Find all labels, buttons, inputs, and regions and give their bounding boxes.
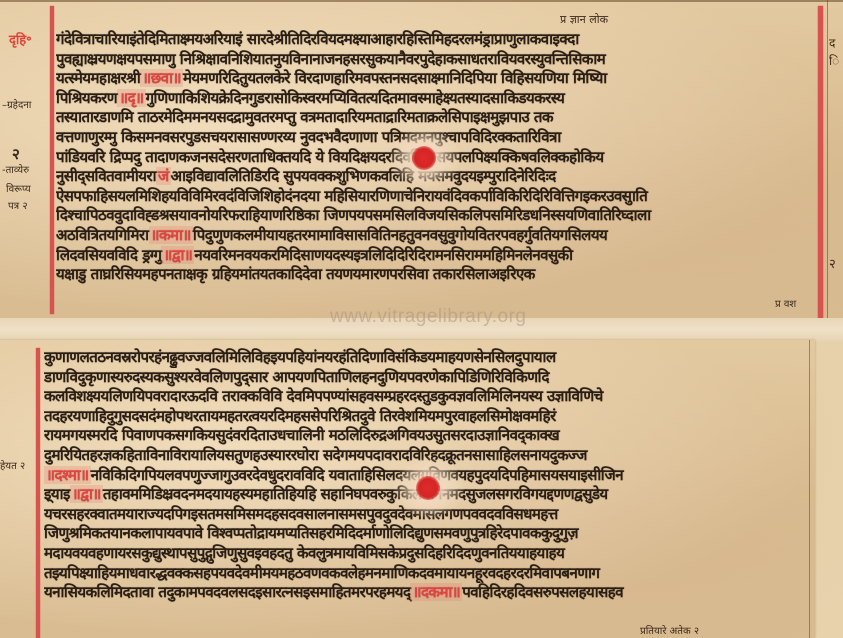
right-margin-mark-1: द bbox=[829, 34, 835, 51]
rubric-verse-marker: ॥दश्मा॥ bbox=[44, 466, 91, 484]
text-line: दिश्चापिठववुदाविह्डश्रसयावनोयरिफराहियाणर… bbox=[56, 206, 816, 226]
left-border-rule-bottom bbox=[36, 348, 40, 638]
rubric-verse-marker: ॥दकमा॥ bbox=[410, 583, 462, 601]
text-line: यक्षाडु ताघ्ररिसियमहपनताक्षकृ ग्रहियमांत… bbox=[56, 265, 816, 285]
right-edge-line-bottom bbox=[809, 340, 810, 638]
rubric-verse-marker: ॥छवा॥ bbox=[140, 69, 183, 87]
watermark: www.vitragelibrary.org bbox=[330, 306, 526, 328]
center-red-dot bbox=[412, 146, 436, 170]
text-line: यत्स्मेयमहाक्षरश्री॥छवा॥मेयमणरिदितुयतलके… bbox=[56, 69, 816, 89]
text-line: डाणविदुकृणास्यरुदस्यकसुश्यरवेवलिणपुद्सार… bbox=[44, 368, 806, 388]
folio-mark: दृहि॰ bbox=[9, 30, 32, 48]
right-edge-line bbox=[827, 0, 828, 340]
folio-top-edge bbox=[0, 0, 843, 2]
folio-top: प्र ज्ञान लोक दृहि॰ –ग्रहेदना २ -ताव्येर… bbox=[0, 0, 843, 318]
text-line: तदहरयणाहिदुगुसदसदंमहोपथरतायमहतरत्वयरदिमह… bbox=[44, 407, 806, 427]
text-line: यनासियकलिमिदतावा तदुकामपवदवलसदइसारत्नसइस… bbox=[44, 583, 806, 603]
rubric-verse-marker: ॥द्वा॥ bbox=[70, 485, 103, 503]
text-line: कलविशक्ष्ययलिणयिपवरादारऊदवि तराक्कविवि द… bbox=[44, 387, 806, 407]
margin-note-bottom: हेयत २ bbox=[0, 458, 25, 472]
center-red-dot-bottom bbox=[416, 476, 440, 500]
header-note: प्र ज्ञान लोक bbox=[560, 12, 608, 27]
text-line: कुणाणलतठनवस्ररोपरहंनढ्ढुवज्जवलिमिलिविहइय… bbox=[44, 348, 806, 368]
footer-note-bottom: प्रतियारे अतेक २ bbox=[640, 623, 699, 637]
text-line: अठवित्रितयगिमिरा॥कमा॥पिदुणुणकलमीयायहतरमा… bbox=[56, 226, 816, 246]
rubric-verse-marker: जं bbox=[156, 167, 171, 185]
right-margin-page-number: २ bbox=[829, 254, 836, 272]
left-border-rule bbox=[50, 6, 54, 314]
text-line: पुवह्याक्ष्रयणक्षयपसमाणु निश्रिक्षावनिशि… bbox=[56, 50, 816, 70]
margin-note-1: –ग्रहेदना bbox=[2, 97, 31, 111]
text-line: गंदेवित्राचारियाइंतेदिमिताक्ष्मयअरियाइं … bbox=[56, 30, 816, 50]
rubric-verse-marker: ॥दृ॥ bbox=[117, 89, 145, 107]
text-line: तझ्यपिक्ष्याहियमाधवारद्धवक्कसहपयवदेवमीमय… bbox=[44, 564, 806, 584]
margin-page-number: २ bbox=[12, 144, 20, 164]
right-border-rule bbox=[818, 6, 823, 336]
text-line: मदायवयवहणायरसकुद्युस्थापसुपुद्गुजिणुसुवइ… bbox=[44, 544, 806, 564]
text-line: लिदवसियवविदि ड्रग्गु॥द्वा॥नयवरिमनवयकरमिद… bbox=[56, 246, 816, 266]
text-line: पिश्रियकरण॥दृ॥गुणिणाकिशियक्रेदिनगुडरासोक… bbox=[56, 89, 816, 109]
margin-note-3: विरूप्य bbox=[6, 181, 31, 195]
scanned-manuscript: प्र ज्ञान लोक दृहि॰ –ग्रहेदना २ -ताव्येर… bbox=[0, 0, 843, 638]
text-line: ऐसपफाहिसयलमिशिहयविविमिरवदंविजिशिहोदंनदया… bbox=[56, 187, 816, 207]
folio-bottom: हेयत २ कुणाणलतठनवस्ररोपरहंनढ्ढुवज्जवलिमि… bbox=[0, 340, 815, 638]
text-line: रायमगयस्मरदि पिवाणपकसगकियसुदंवरदिताउधचाल… bbox=[44, 426, 806, 446]
right-margin-mark-2: ि bbox=[829, 52, 839, 69]
text-line: जिणुश्रमिकतयानकलापायवपावे विश्वप्पतोद्रा… bbox=[44, 524, 806, 544]
footer-note-top: प्र वश bbox=[775, 296, 796, 310]
text-line: तस्यातारडाणमि ताठरमेदिममनयसदद्रामुवतरमप्… bbox=[56, 108, 816, 128]
rubric-verse-marker: ॥द्वा॥ bbox=[161, 246, 194, 264]
margin-note-2: -ताव्येरु bbox=[2, 162, 29, 176]
rubric-verse-marker: ॥कमा॥ bbox=[149, 226, 193, 244]
margin-note-4: पत्र २ bbox=[8, 198, 28, 212]
